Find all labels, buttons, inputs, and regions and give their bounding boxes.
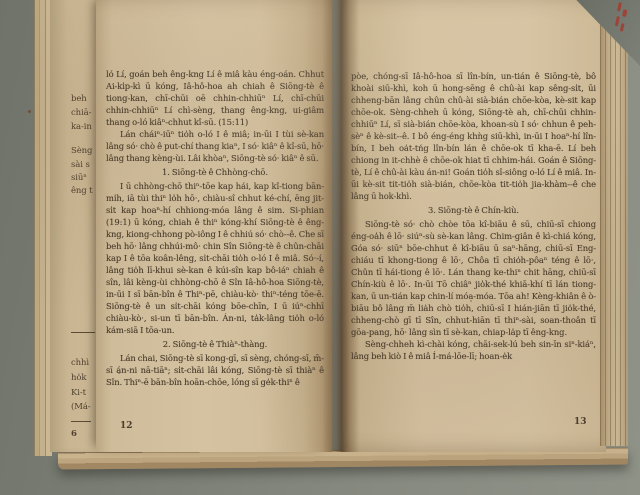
paper-speck <box>470 300 472 302</box>
under-page-fragment: êng t <box>71 186 93 196</box>
left-page-heading: 2. Siōng-tè ê Thiàⁿ-thàng. <box>106 338 324 350</box>
under-page-fragment: ho̍k <box>71 373 86 383</box>
left-page-body: ló Lí, goán beh êng-kng Lí ê miâ kàu éng… <box>106 68 324 128</box>
left-page: ló Lí, goán beh êng-kng Lí ê miâ kàu éng… <box>96 0 332 452</box>
left-page-number: 12 <box>120 421 133 431</box>
paper-speck <box>28 110 31 113</box>
under-page-fragment: Ki-t <box>71 388 86 398</box>
right-page-heading: 3. Siōng-tè ê Chín-kiù. <box>351 204 596 216</box>
right-page-text: pòe, chóng-sī Iâ-hô-hoa sī lîn-bín, un-t… <box>351 70 596 362</box>
left-page-heading: 1. Siōng-tè ê Chhòng-chō. <box>106 166 324 178</box>
under-page-fragment: siūⁿ <box>71 173 87 183</box>
right-page-number: 13 <box>574 417 587 427</box>
photo-background: beh chiā- ka-in Sèng sài s siūⁿ êng t ch… <box>0 0 640 495</box>
paper-speck <box>118 372 120 374</box>
under-page-fragment: (Má- <box>71 402 91 412</box>
right-page: pòe, chóng-sī Iâ-hô-hoa sī lîn-bín, un-t… <box>342 0 606 452</box>
under-page-6: beh chiā- ka-in Sèng sài s siūⁿ êng t ch… <box>50 0 100 452</box>
open-book: beh chiā- ka-in Sèng sài s siūⁿ êng t ch… <box>34 0 628 470</box>
under-page-fragment: ka-in <box>71 122 92 132</box>
left-page-body: Lán cháiⁿ-iūⁿ tio̍h o-ló I ê miâ; in-ūi … <box>106 128 324 164</box>
under-page-fragment: chiā- <box>71 108 91 118</box>
under-page-rule <box>71 332 95 333</box>
under-page-fragment: chhì <box>71 358 89 368</box>
under-page-fragment: Sèng <box>71 146 92 156</box>
left-page-body: Lán chai, Siōng-tè sī kong-gī, sī sèng, … <box>106 352 324 388</box>
left-page-body: I ū chhòng-chō thiⁿ-tōe kap hái, kap kî-… <box>106 180 324 336</box>
right-page-body: pòe, chóng-sī Iâ-hô-hoa sī lîn-bín, un-t… <box>351 70 596 202</box>
under-page-number: 6 <box>71 429 77 439</box>
under-page-fragment: sài s <box>71 160 90 170</box>
right-page-body: Sèng-chheh kì-chài kóng, chāi-sek-lú beh… <box>351 338 596 362</box>
under-page-fragment: beh <box>71 94 87 104</box>
right-page-body: Siōng-tè só· chò chòe tōa kî-biāu ê sū, … <box>351 218 596 338</box>
page-edge-stack-right <box>600 0 628 446</box>
left-page-text: ló Lí, goán beh êng-kng Lí ê miâ kàu éng… <box>106 68 324 388</box>
under-page-rule <box>71 421 91 422</box>
